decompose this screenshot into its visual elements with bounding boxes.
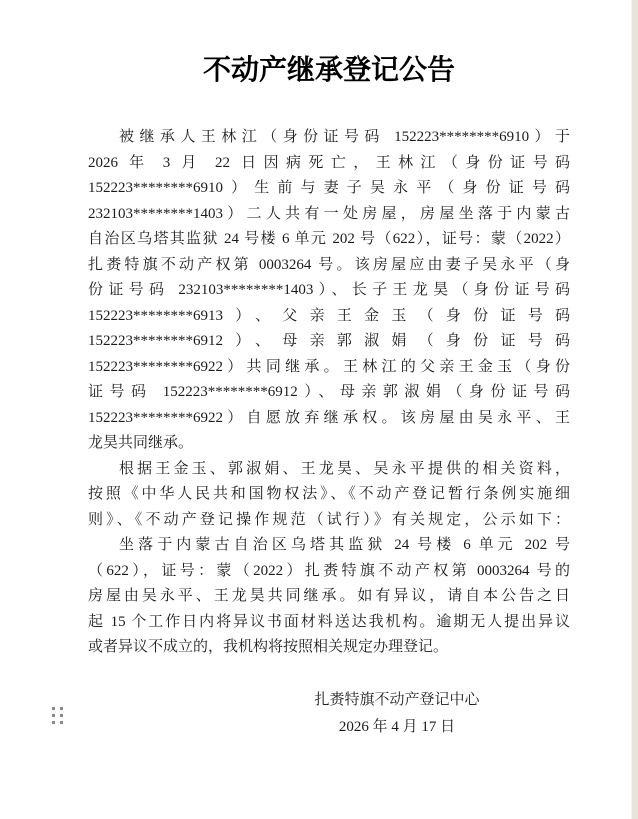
document-page: 不动产继承登记公告 被继承人王林江（身份证号码 152223********69…	[0, 0, 638, 819]
paragraph-line: 龙昊共同继承。	[88, 431, 570, 457]
paragraph-line: 或者异议不成立的，我机构将按照相关规定办理登记。	[88, 635, 570, 661]
paragraph-line: 232103********1403）二人共有一处房屋，房屋坐落于内蒙古	[88, 202, 570, 228]
paragraph-line: 被继承人王林江（身份证号码 152223********6910）于	[88, 125, 570, 151]
document-body: 被继承人王林江（身份证号码 152223********6910）于 2026 …	[88, 125, 570, 661]
paragraph-line: 2026 年 3 月 22 日因病死亡，王林江（身份证号码	[88, 151, 570, 177]
page-edge-strip	[631, 0, 638, 819]
paragraph-line: 152223********6922）共同继承。王林江的父亲王金玉（身份	[88, 355, 570, 381]
paragraph-1: 被继承人王林江（身份证号码 152223********6910）于 2026 …	[88, 125, 570, 457]
announcement-document: 不动产继承登记公告 被继承人王林江（身份证号码 152223********69…	[88, 52, 570, 741]
paragraph-line: 房屋由吴永平、王龙昊共同继承。如有异议，请自本公告之日	[88, 584, 570, 610]
paragraph-3: 坐落于内蒙古自治区乌塔其监狱 24 号楼 6 单元 202 号 （622），证号…	[88, 533, 570, 661]
paragraph-line: 自治区乌塔其监狱 24 号楼 6 单元 202 号（622），证号：蒙（2022…	[88, 227, 570, 253]
paragraph-line: 按照《中华人民共和国物权法》、《不动产登记暂行条例实施细	[88, 482, 570, 508]
drag-handle-icon[interactable]	[52, 707, 63, 727]
paragraph-line: 份证号码 232103********1403）、长子王龙昊（身份证号码	[88, 278, 570, 304]
paragraph-line: 则》、《不动产登记操作规范（试行）》有关规定，公示如下：	[88, 508, 570, 534]
paragraph-line: 根据王金玉、郭淑娟、王龙昊、吴永平提供的相关资料，	[88, 457, 570, 483]
signature-date: 2026 年 4 月 17 日	[224, 714, 570, 741]
signature-block: 扎赉特旗不动产登记中心 2026 年 4 月 17 日	[88, 687, 570, 741]
paragraph-2: 根据王金玉、郭淑娟、王龙昊、吴永平提供的相关资料， 按照《中华人民共和国物权法》…	[88, 457, 570, 534]
paragraph-line: 证号码 152223********6912）、母亲郭淑娟（身份证号码	[88, 380, 570, 406]
paragraph-line: 152223********6922）自愿放弃继承权。该房屋由吴永平、王	[88, 406, 570, 432]
signature-org: 扎赉特旗不动产登记中心	[224, 687, 570, 714]
paragraph-line: 扎赉特旗不动产权第 0003264 号。该房屋应由妻子吴永平（身	[88, 253, 570, 279]
document-title: 不动产继承登记公告	[88, 52, 570, 90]
paragraph-line: 起 15 个工作日内将异议书面材料送达我机构。逾期无人提出异议	[88, 610, 570, 636]
paragraph-line: （622），证号：蒙（2022）扎赉特旗不动产权第 0003264 号的	[88, 559, 570, 585]
paragraph-line: 152223********6912）、母亲郭淑娟（身份证号码	[88, 329, 570, 355]
paragraph-line: 坐落于内蒙古自治区乌塔其监狱 24 号楼 6 单元 202 号	[88, 533, 570, 559]
paragraph-line: 152223********6910）生前与妻子吴永平（身份证号码	[88, 176, 570, 202]
paragraph-line: 152223********6913）、父亲王金玉（身份证号码	[88, 304, 570, 330]
